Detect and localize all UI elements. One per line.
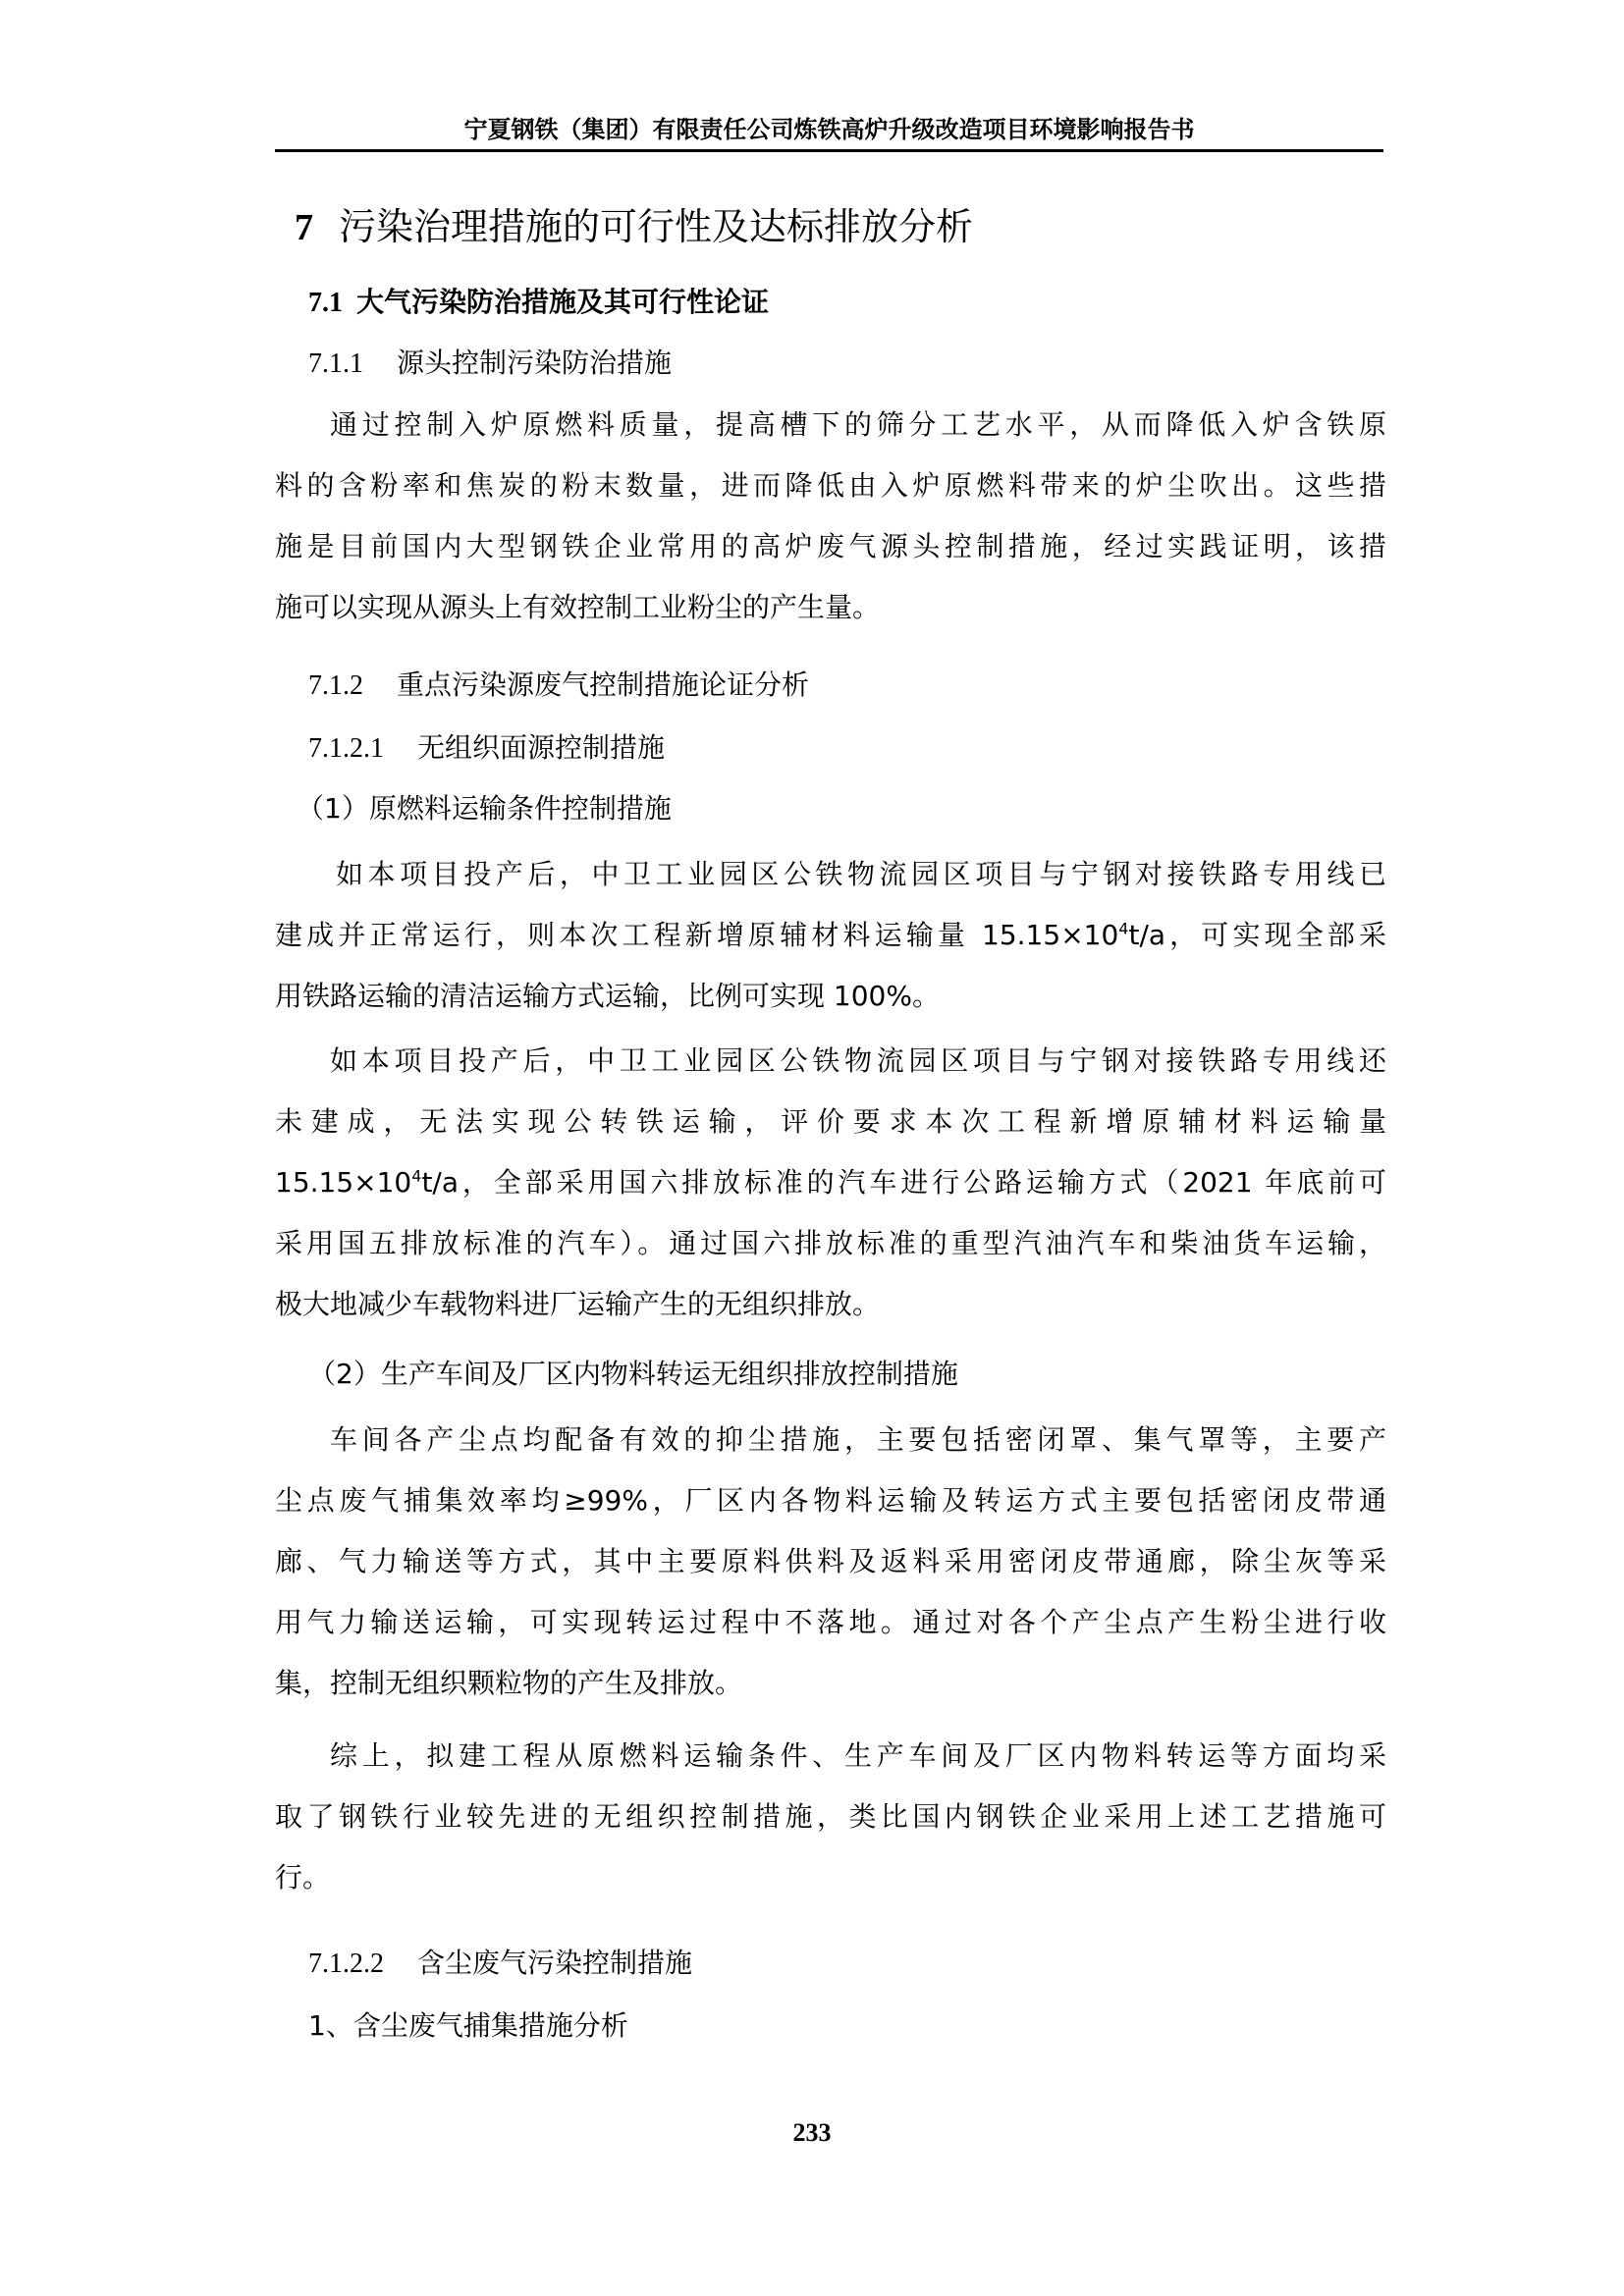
text-line: 极大地减少车载物料进厂运输产生的无组织排放。 [275,1274,1386,1335]
section-title: 重点污染源废气控制措施论证分析 [397,668,809,701]
chapter-title: 污染治理措施的可行性及达标排放分析 [339,205,973,248]
text-line: 用气力输送运输，可实现转运过程中不落地。通过对各个产尘点产生粉尘进行收 [275,1592,1386,1653]
page-number: 233 [0,2118,1624,2148]
section-title: 含尘废气污染控制措施 [417,1947,692,1979]
text-line: 15.15×104t/a，全部采用国六排放标准的汽车进行公路运输方式（2021 … [275,1152,1386,1213]
item-heading-2: （2）生产车间及厂区内物料转运无组织排放控制措施 [308,1353,958,1392]
section-number: 7.1.2.2 [308,1949,384,1979]
text-line: 综上，拟建工程从原燃料运输条件、生产车间及厂区内物料转运等方面均采 [275,1726,1386,1787]
text-run: 15.15×10 [275,1166,411,1199]
section-heading-7-1-1: 7.1.1源头控制污染防治措施 [308,342,672,381]
section-number: 7.1.2.1 [308,733,384,764]
section-heading-7-1: 7.1大气污染防治措施及其可行性论证 [308,281,769,320]
section-number: 7.1.2 [308,670,363,701]
text-run: 建成并正常运行，则本次工程新增原辅材料运输量 15.15×10 [275,919,1118,951]
text-line: 行。 [275,1847,1386,1908]
text-run: t/a，全部采用国六排放标准的汽车进行公路运输方式（2021 年底前可 [421,1166,1386,1199]
text-line: 建成并正常运行，则本次工程新增原辅材料运输量 15.15×104t/a，可实现全… [275,905,1386,966]
paragraph-rail-transport: 如本项目投产后，中卫工业园区公铁物流园区项目与宁钢对接铁路专用线已 建成并正常运… [275,844,1386,1027]
text-line: 集，控制无组织颗粒物的产生及排放。 [275,1653,1386,1714]
text-line: 料的含粉率和焦炭的粉末数量，进而降低由入炉原燃料带来的炉尘吹出。这些措 [275,455,1386,516]
section-heading-7-1-2-1: 7.1.2.1无组织面源控制措施 [308,726,665,766]
paragraph-workshop-control: 车间各产尘点均配备有效的抑尘措施，主要包括密闭罩、集气罩等，主要产 尘点废气捕集… [275,1410,1386,1714]
text-line: 如本项目投产后，中卫工业园区公铁物流园区项目与宁钢对接铁路专用线还 [275,1031,1386,1092]
superscript: 4 [411,1167,421,1186]
text-line: 采用国五排放标准的汽车）。通过国六排放标准的重型汽油汽车和柴油货车运输， [275,1213,1386,1274]
chapter-heading: 7污染治理措施的可行性及达标排放分析 [295,196,973,250]
text-line: 通过控制入炉原燃料质量，提高槽下的筛分工艺水平，从而降低入炉含铁原 [275,395,1386,455]
section-number: 7.1.1 [308,348,363,379]
text-line: 施可以实现从源头上有效控制工业粉尘的产生量。 [275,577,1386,638]
paragraph-source-control: 通过控制入炉原燃料质量，提高槽下的筛分工艺水平，从而降低入炉含铁原 料的含粉率和… [275,395,1386,638]
header-rule [275,149,1383,152]
text-line: 取了钢铁行业较先进的无组织控制措施，类比国内钢铁企业采用上述工艺措施可 [275,1787,1386,1847]
text-line: 廊、气力输送等方式，其中主要原料供料及返料采用密闭皮带通廊，除尘灰等采 [275,1531,1386,1592]
item-heading-1: （1）原燃料运输条件控制措施 [297,787,672,827]
item-heading-dust-capture: 1、含尘废气捕集措施分析 [308,2004,628,2044]
text-run: t/a，可实现全部采 [1128,919,1386,951]
section-heading-7-1-2-2: 7.1.2.2含尘废气污染控制措施 [308,1942,692,1981]
section-title: 大气污染防治措施及其可行性论证 [356,286,769,318]
paragraph-summary: 综上，拟建工程从原燃料运输条件、生产车间及厂区内物料转运等方面均采 取了钢铁行业… [275,1726,1386,1908]
paragraph-road-transport: 如本项目投产后，中卫工业园区公铁物流园区项目与宁钢对接铁路专用线还 未建成，无法… [275,1031,1386,1335]
text-line: 车间各产尘点均配备有效的抑尘措施，主要包括密闭罩、集气罩等，主要产 [275,1410,1386,1470]
chapter-number: 7 [295,207,313,248]
text-line: 未建成，无法实现公转铁运输，评价要求本次工程新增原辅材料运输量 [275,1092,1386,1152]
section-title: 无组织面源控制措施 [417,731,665,764]
superscript: 4 [1118,920,1128,938]
text-line: 施是目前国内大型钢铁企业常用的高炉废气源头控制措施，经过实践证明，该措 [275,516,1386,577]
section-number: 7.1 [308,288,343,318]
text-line: 尘点废气捕集效率均≥99%，厂区内各物料运输及转运方式主要包括密闭皮带通 [275,1470,1386,1531]
section-title: 源头控制污染防治措施 [397,347,672,379]
running-header: 宁夏钢铁（集团）有限责任公司炼铁高炉升级改造项目环境影响报告书 [275,110,1383,144]
section-heading-7-1-2: 7.1.2重点污染源废气控制措施论证分析 [308,664,809,703]
text-line: 用铁路运输的清洁运输方式运输，比例可实现 100%。 [275,966,1386,1027]
text-line: 如本项目投产后，中卫工业园区公铁物流园区项目与宁钢对接铁路专用线已 [275,844,1386,905]
